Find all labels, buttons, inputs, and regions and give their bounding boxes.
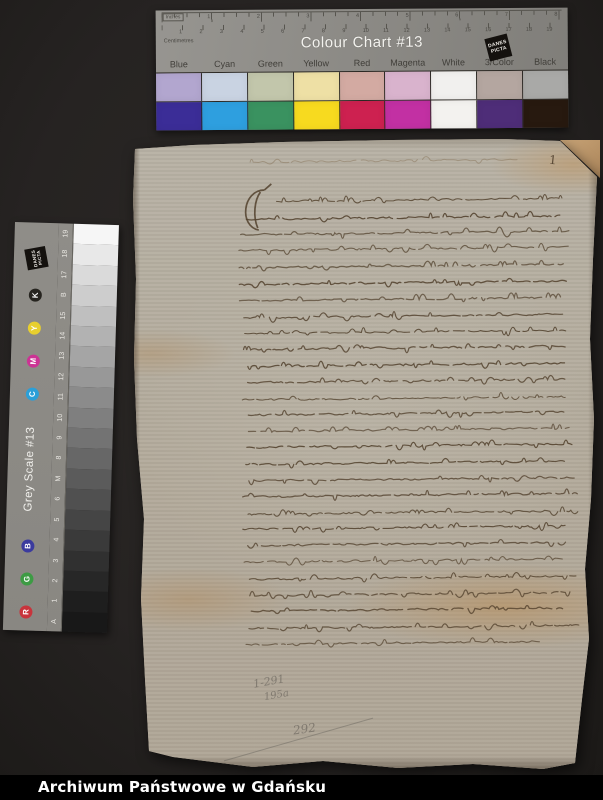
color-swatch-red-pastel bbox=[340, 72, 386, 100]
colour-swatch-grid bbox=[156, 70, 568, 131]
handwriting-line bbox=[243, 343, 565, 355]
inch-number: 7 bbox=[505, 13, 508, 19]
grey-step-patch-15 bbox=[71, 305, 117, 327]
cmyk-letter-c: C bbox=[25, 388, 38, 401]
color-swatch-yellow-saturated bbox=[294, 101, 340, 129]
cmyk-letter-y: Y bbox=[27, 322, 40, 335]
photo-background: Inches Centimetres 12345678 123456789101… bbox=[0, 0, 603, 775]
grey-step-patch-m bbox=[66, 469, 112, 491]
color-swatch-cyan-pastel bbox=[202, 73, 248, 101]
colour-label-white: White bbox=[431, 54, 477, 70]
inch-number: 5 bbox=[406, 14, 409, 20]
handwriting-line bbox=[246, 457, 565, 468]
color-swatch-blue-pastel bbox=[156, 73, 202, 101]
color-swatch-blue-saturated bbox=[156, 102, 202, 130]
colour-label-magenta: Magenta bbox=[385, 55, 431, 71]
color-swatch-magenta-pastel bbox=[385, 72, 431, 100]
grey-step-patch-13 bbox=[70, 346, 116, 368]
grey-step-patch-b bbox=[72, 285, 118, 307]
inch-number: 2 bbox=[257, 15, 260, 21]
grey-step-number-8: 8 bbox=[49, 451, 70, 466]
handwriting-line bbox=[249, 475, 579, 486]
grey-step-patch-1 bbox=[62, 591, 108, 613]
grey-step-patch-19 bbox=[73, 224, 119, 246]
colour-chart: Inches Centimetres 12345678 123456789101… bbox=[156, 8, 569, 131]
handwritten-text-block bbox=[133, 139, 597, 770]
handwriting-line bbox=[245, 326, 566, 339]
grey-step-patch-9 bbox=[67, 428, 113, 450]
colour-label-yellow: Yellow bbox=[293, 55, 339, 71]
grey-step-number-18: 18 bbox=[55, 247, 76, 262]
grey-step-number-9: 9 bbox=[49, 430, 70, 445]
colour-label-green: Green bbox=[247, 55, 293, 71]
grey-step-number-14: 14 bbox=[52, 328, 73, 343]
handwriting-line bbox=[276, 194, 565, 204]
archival-photo-viewer: Inches Centimetres 12345678 123456789101… bbox=[0, 0, 603, 800]
grey-step-number-6: 6 bbox=[47, 492, 68, 507]
grey-step-number-5: 5 bbox=[47, 512, 68, 527]
grey-step-number-a: A bbox=[44, 614, 65, 629]
grey-scale-bar: RGBGrey Scale #13CMYKDANESPICTA 191817B1… bbox=[3, 222, 119, 633]
colour-label-cyan: Cyan bbox=[202, 56, 248, 72]
color-swatch-black-saturated bbox=[523, 100, 568, 128]
handwriting-line bbox=[244, 555, 562, 567]
handwriting-line bbox=[239, 243, 568, 255]
grey-step-number-10: 10 bbox=[50, 410, 71, 425]
inch-number: 1 bbox=[207, 15, 210, 21]
grey-scale-title: Grey Scale #13 bbox=[22, 427, 37, 512]
color-swatch-red-saturated bbox=[340, 101, 386, 129]
rgb-letter-r: R bbox=[19, 605, 32, 618]
grey-step-number-17: 17 bbox=[54, 267, 75, 282]
inch-number: 8 bbox=[554, 13, 557, 19]
grey-step-patch-5 bbox=[65, 509, 111, 531]
handwriting-line bbox=[246, 637, 539, 648]
archive-caption: Archiwum Państwowe w Gdańsku bbox=[38, 778, 326, 796]
color-swatch-green-pastel bbox=[248, 72, 294, 100]
grey-step-number-12: 12 bbox=[51, 369, 72, 384]
handwriting-line bbox=[243, 489, 578, 501]
caption-band: Archiwum Państwowe w Gdańsku bbox=[0, 775, 603, 800]
color-swatch-white-pastel bbox=[431, 71, 477, 99]
handwriting-line bbox=[244, 310, 563, 323]
rgb-letter-g: G bbox=[20, 572, 33, 585]
handwriting-line bbox=[243, 522, 565, 534]
cmyk-letter-m: M bbox=[26, 355, 39, 368]
handwriting-line bbox=[248, 359, 565, 371]
handwriting-line bbox=[249, 572, 576, 584]
inches-label: Inches bbox=[163, 13, 184, 21]
inch-ruler-ticks bbox=[162, 10, 562, 24]
grey-step-number-2: 2 bbox=[45, 573, 66, 588]
handwriting-line bbox=[239, 260, 569, 271]
grey-step-patch-4 bbox=[64, 530, 110, 552]
grey-step-patch-10 bbox=[68, 407, 114, 429]
initial-letter bbox=[245, 184, 271, 230]
handwriting-line bbox=[249, 621, 579, 632]
brand-logo: DANESPICTA bbox=[24, 246, 48, 270]
manuscript-page: 1 1-291 195a 292 bbox=[133, 139, 597, 770]
spacer bbox=[31, 401, 32, 427]
color-swatch-3-color-saturated bbox=[477, 100, 523, 128]
grey-step-patch-6 bbox=[65, 489, 111, 511]
grey-step-number-11: 11 bbox=[50, 390, 71, 405]
color-swatch-white-saturated bbox=[432, 100, 478, 128]
color-swatch-green-saturated bbox=[248, 101, 294, 129]
grey-step-patch-18 bbox=[73, 244, 119, 266]
inch-number: 6 bbox=[455, 13, 458, 19]
grey-step-patch-14 bbox=[70, 326, 116, 348]
grey-step-patch-a bbox=[62, 611, 108, 633]
color-swatch-yellow-pastel bbox=[294, 72, 340, 100]
grey-step-patch-2 bbox=[63, 571, 109, 593]
handwriting-line bbox=[250, 588, 575, 600]
cmyk-letter-k: K bbox=[28, 289, 41, 302]
grey-step-patch-3 bbox=[64, 550, 110, 572]
grey-step-number-15: 15 bbox=[53, 308, 74, 323]
inch-number: 4 bbox=[356, 14, 359, 20]
rgb-letter-b: B bbox=[21, 539, 34, 552]
handwriting-line bbox=[251, 605, 562, 616]
color-swatch-3-color-pastel bbox=[477, 71, 523, 99]
grey-step-number-b: B bbox=[53, 288, 74, 303]
grey-step-number-3: 3 bbox=[46, 553, 67, 568]
grey-step-patch-12 bbox=[69, 367, 115, 389]
grey-step-number-m: M bbox=[48, 471, 69, 486]
handwriting-line bbox=[248, 375, 568, 386]
handwriting-line bbox=[248, 424, 569, 433]
inch-number: 3 bbox=[306, 14, 309, 20]
handwriting-line bbox=[242, 392, 565, 402]
grey-step-number-4: 4 bbox=[46, 532, 67, 547]
handwriting-line bbox=[241, 226, 569, 239]
handwriting-line bbox=[239, 278, 569, 289]
handwriting-line bbox=[248, 539, 566, 550]
grey-step-number-13: 13 bbox=[52, 349, 73, 364]
handwriting-line bbox=[248, 408, 567, 420]
grey-step-number-19: 19 bbox=[55, 226, 76, 241]
handwriting-line bbox=[248, 507, 578, 519]
colour-label-black: Black bbox=[522, 54, 568, 70]
color-swatch-black-pastel bbox=[523, 71, 568, 99]
swatch-row-pastel bbox=[156, 71, 568, 103]
grey-step-patch-11 bbox=[69, 387, 115, 409]
colour-label-red: Red bbox=[339, 55, 385, 71]
color-swatch-cyan-saturated bbox=[202, 102, 248, 130]
handwriting-line bbox=[246, 211, 564, 223]
handwriting-line bbox=[239, 293, 560, 304]
handwriting-line bbox=[250, 156, 517, 166]
grey-step-number-1: 1 bbox=[44, 594, 65, 609]
swatch-row-saturated bbox=[156, 100, 568, 131]
manuscript-paper: 1 1-291 195a 292 bbox=[133, 139, 597, 770]
grey-step-patch-17 bbox=[72, 265, 118, 287]
grey-step-patch-8 bbox=[67, 448, 113, 470]
color-swatch-magenta-saturated bbox=[386, 101, 432, 129]
handwriting-line bbox=[247, 439, 572, 452]
colour-label-blue: Blue bbox=[156, 56, 202, 72]
